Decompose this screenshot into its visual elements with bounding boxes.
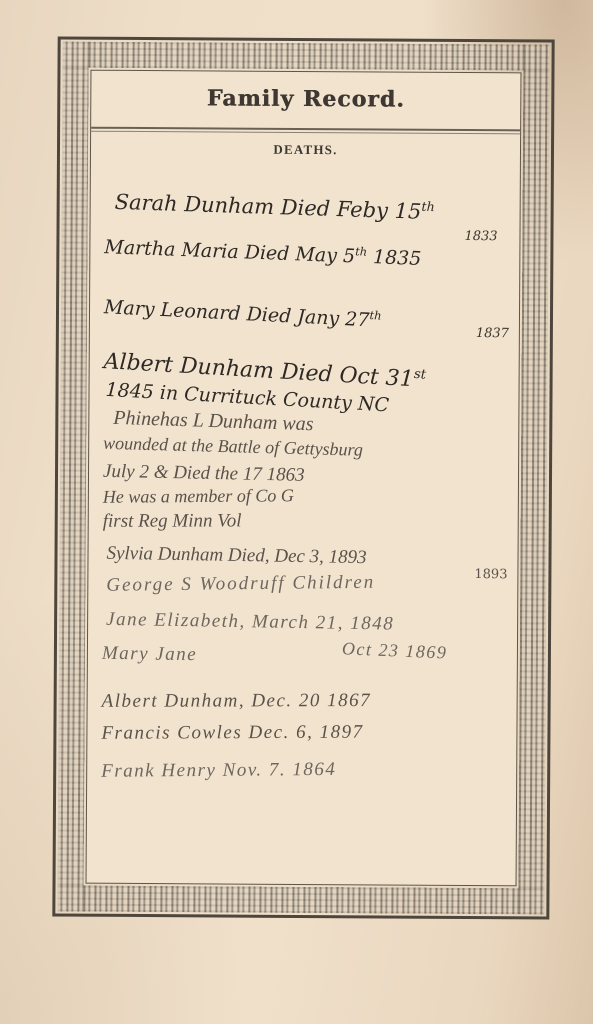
entry-sylvia-dunham: Sylvia Dunham Died, Dec 3, 1893 — [106, 543, 366, 569]
entry-sarah-year: 1833 — [464, 229, 497, 244]
page-title: Family Record. — [91, 85, 520, 114]
section-heading: DEATHS. — [91, 141, 520, 160]
ornamental-frame: Family Record. DEATHS. Sarah Dunham Died… — [52, 36, 554, 919]
entry-woodruff-children: George S Woodruff Children — [106, 572, 375, 597]
entry-sarah-dunham: Sarah Dunham Died Feby 15th — [114, 189, 435, 224]
entry-phinehas-dunham: Phinehas L Dunham was — [113, 407, 314, 436]
entry-phinehas-regiment: first Reg Minn Vol — [103, 510, 242, 532]
entry-phinehas-wounded: wounded at the Battle of Gettysburg — [103, 433, 363, 461]
entry-mary-year: 1837 — [476, 326, 509, 341]
death-entries: Sarah Dunham Died Feby 15th 1833 Martha … — [105, 171, 514, 173]
entry-phinehas-died: July 2 & Died the 17 1863 — [103, 461, 305, 487]
entry-francis-cowles: Francis Cowles Dec. 6, 1897 — [101, 722, 363, 745]
entry-mary-jane-date: Oct 23 1869 — [342, 638, 448, 663]
record-panel: Family Record. DEATHS. Sarah Dunham Died… — [86, 70, 522, 887]
entry-mary-jane: Mary Jane — [102, 643, 198, 666]
entry-sylvia-year: 1893 — [474, 567, 507, 582]
entry-martha-maria: Martha Maria Died May 5th 1835 — [104, 235, 422, 270]
entry-albert-dunham-1867: Albert Dunham, Dec. 20 1867 — [102, 690, 372, 713]
title-divider — [91, 127, 520, 135]
entry-phinehas-company: He was a member of Co G — [103, 485, 294, 507]
entry-frank-henry: Frank Henry Nov. 7. 1864 — [101, 759, 336, 783]
entry-mary-leonard: Mary Leonard Died Jany 27th — [103, 295, 381, 332]
entry-jane-elizabeth: Jane Elizabeth, March 21, 1848 — [106, 609, 394, 636]
